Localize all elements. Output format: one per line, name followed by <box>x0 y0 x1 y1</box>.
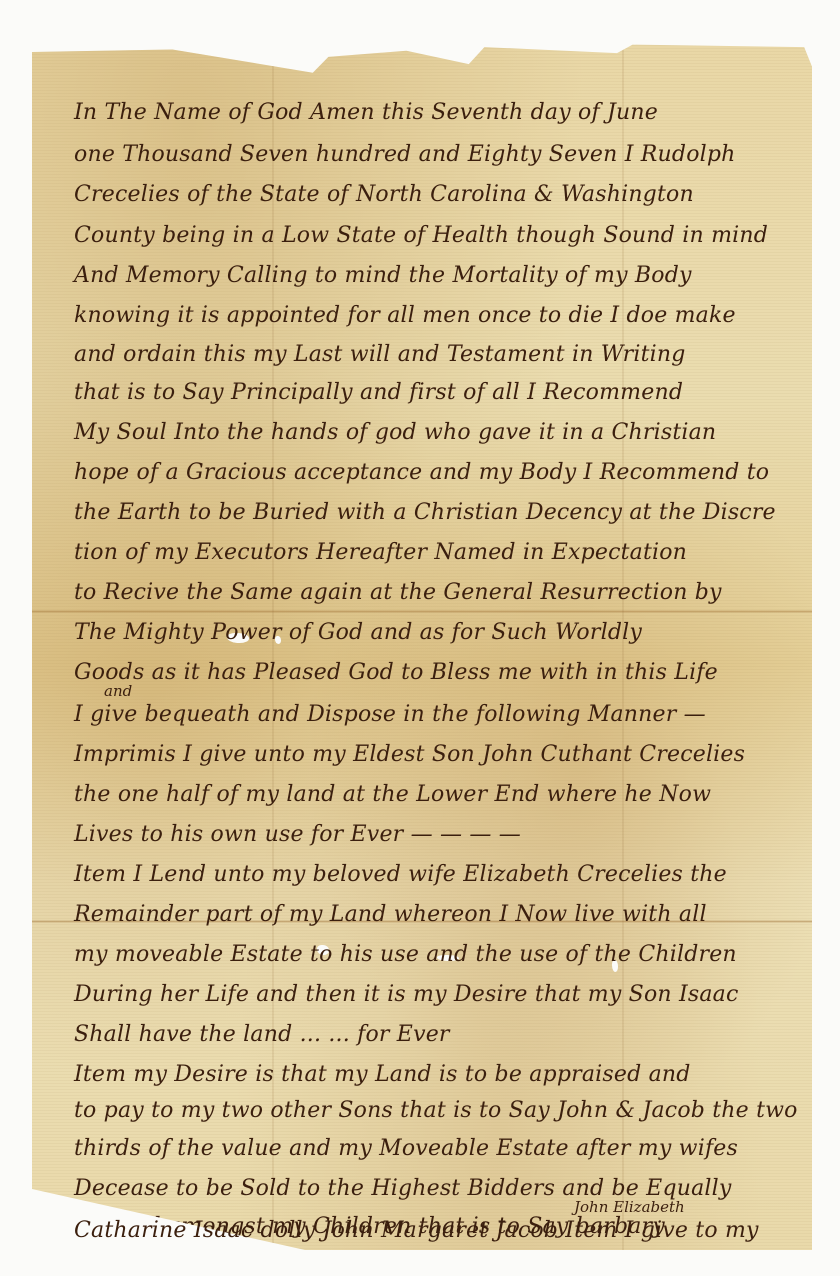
text-line: Item I Lend unto my beloved wife Elizabe… <box>74 862 727 887</box>
text-line: Remainder part of my Land whereon I Now … <box>74 902 707 927</box>
text-line: that is to Say Principally and first of … <box>74 380 683 405</box>
text-line: And Memory Calling to mind the Mortality… <box>74 263 692 288</box>
text-line: Shall have the land ... ... for Ever <box>74 1022 450 1047</box>
text-line: Lives to his own use for Ever — — — — <box>74 822 521 847</box>
text-line: to Recive the Same again at the General … <box>74 580 722 605</box>
text-line: Item my Desire is that my Land is to be … <box>74 1062 691 1087</box>
text-line: knowing it is appointed for all men once… <box>74 303 736 328</box>
text-line: the Earth to be Buried with a Christian … <box>74 500 776 525</box>
text-line: and ordain this my Last will and Testame… <box>74 342 686 367</box>
text-line: During her Life and then it is my Desire… <box>74 982 739 1007</box>
manuscript-page: In The Name of God Amen this Seventh day… <box>32 30 812 1250</box>
text-line: County being in a Low State of Health th… <box>74 223 768 248</box>
text-line: the one half of my land at the Lower End… <box>74 782 711 807</box>
text-line: My Soul Into the hands of god who gave i… <box>74 420 716 445</box>
fold-crease <box>32 610 812 613</box>
interlinear-insertion: and <box>104 682 132 700</box>
text-line: I give bequeath and Dispose in the follo… <box>74 702 706 727</box>
text-line-last: Catharine Isaac dolly John Margaret Jaco… <box>74 1218 759 1243</box>
text-line: Crecelies of the State of North Carolina… <box>74 182 694 207</box>
text-line: my moveable Estate to his use and the us… <box>74 942 737 967</box>
text-line: hope of a Gracious acceptance and my Bod… <box>74 460 769 485</box>
text-line: Goods as it has Pleased God to Bless me … <box>74 660 718 685</box>
text-line: The Mighty Power of God and as for Such … <box>74 620 642 645</box>
text-line: to pay to my two other Sons that is to S… <box>74 1098 798 1123</box>
text-line: one Thousand Seven hundred and Eighty Se… <box>74 142 736 167</box>
text-line: tion of my Executors Hereafter Named in … <box>74 540 687 565</box>
text-line: thirds of the value and my Moveable Esta… <box>74 1136 738 1161</box>
text-line: In The Name of God Amen this Seventh day… <box>74 100 658 125</box>
text-line: Imprimis I give unto my Eldest Son John … <box>74 742 745 767</box>
